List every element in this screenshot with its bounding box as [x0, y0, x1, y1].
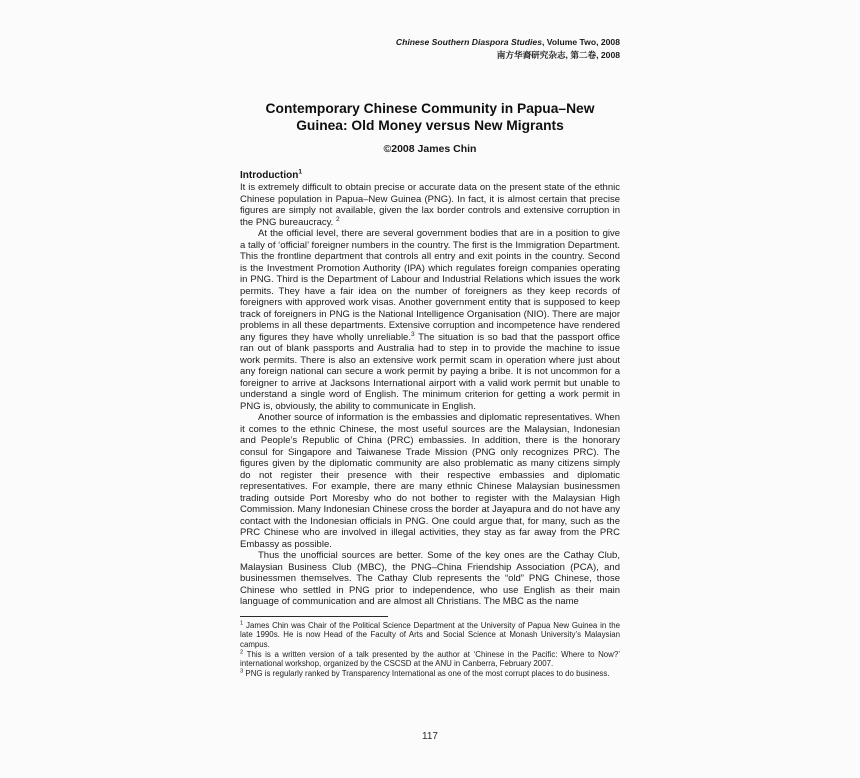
- byline: ©2008 James Chin: [240, 143, 620, 155]
- paragraph-4: Thus the unofficial sources are better. …: [240, 550, 620, 608]
- paragraph-3: Another source of information is the emb…: [240, 412, 620, 550]
- paragraph-2-text-b: The situation is so bad that the passpor…: [240, 332, 620, 412]
- footnote-3-text: PNG is regularly ranked by Transparency …: [243, 669, 609, 678]
- footnote-3: 3 PNG is regularly ranked by Transparenc…: [240, 669, 620, 679]
- journal-title-chinese: 南方华裔研究杂志, 第二卷, 2008: [240, 49, 620, 62]
- footnote-2: 2 This is a written version of a talk pr…: [240, 650, 620, 669]
- paragraph-2: At the official level, there are several…: [240, 228, 620, 412]
- document-page: Chinese Southern Diaspora Studies, Volum…: [0, 0, 860, 778]
- paragraph-2-text-a: At the official level, there are several…: [240, 228, 620, 343]
- journal-volume: , Volume Two, 2008: [542, 37, 620, 47]
- footnote-marker-1: 1: [298, 169, 302, 176]
- footnote-marker-2: 2: [336, 215, 340, 222]
- journal-header: Chinese Southern Diaspora Studies, Volum…: [240, 0, 620, 61]
- section-heading-label: Introduction: [240, 170, 298, 181]
- journal-title-line: Chinese Southern Diaspora Studies, Volum…: [240, 36, 620, 49]
- footnote-separator-rule: [240, 616, 388, 617]
- paragraph-1: It is extremely difficult to obtain prec…: [240, 182, 620, 228]
- article-title: Contemporary Chinese Community in Papua–…: [240, 101, 620, 134]
- article-title-line-1: Contemporary Chinese Community in Papua–…: [240, 101, 620, 118]
- page-number: 117: [0, 731, 860, 742]
- paragraph-1-text: It is extremely difficult to obtain prec…: [240, 182, 620, 228]
- article-title-line-2: Guinea: Old Money versus New Migrants: [240, 118, 620, 135]
- content-column: Chinese Southern Diaspora Studies, Volum…: [240, 0, 620, 679]
- footnotes-section: 1 James Chin was Chair of the Political …: [240, 621, 620, 679]
- footnote-2-text: This is a written version of a talk pres…: [240, 650, 620, 669]
- journal-name: Chinese Southern Diaspora Studies: [396, 37, 542, 47]
- section-heading-introduction: Introduction1: [240, 170, 620, 182]
- footnote-1: 1 James Chin was Chair of the Political …: [240, 621, 620, 650]
- footnote-1-text: James Chin was Chair of the Political Sc…: [240, 621, 620, 649]
